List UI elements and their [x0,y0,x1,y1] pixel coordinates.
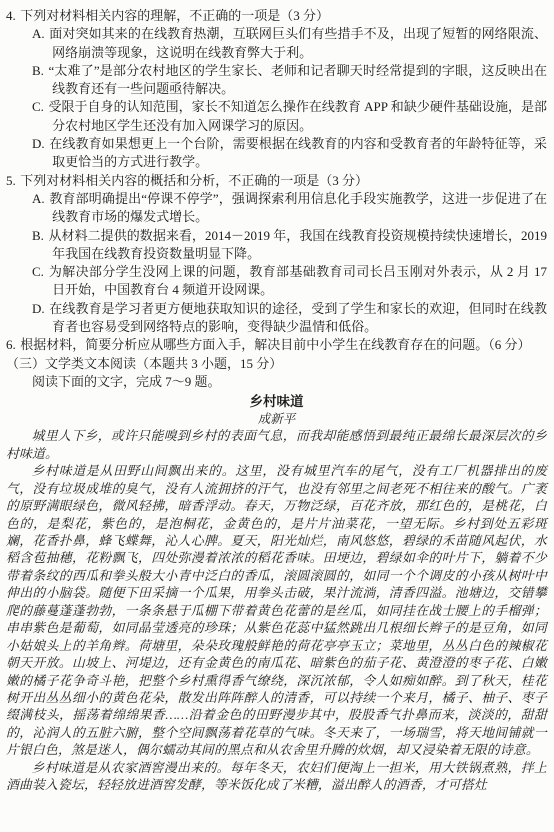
exam-page-scan: 4.下列对材料相关内容的理解，不正确的一项是（3 分） A.面对突如其来的在线教… [0,0,554,832]
option-text-d: 在线教育是学习者更方便地获取知识的途径，受到了学生和家长的欢迎，但同时在线教育者… [49,301,547,334]
reading-instruction: 阅读下面的文字，完成 7～9 题。 [6,373,547,391]
option-label-b: B. [32,228,44,243]
option-label-d: D. [32,136,45,151]
option-label-a: A. [32,191,45,206]
question-4: 4.下列对材料相关内容的理解，不正确的一项是（3 分） A.面对突如其来的在线教… [6,7,547,172]
question-6-number: 6. [6,337,16,352]
question-5-option-d: D.在线教育是学习者更方便地获取知识的途径，受到了学生和家长的欢迎，但同时在线教… [6,300,547,337]
question-5: 5.下列对材料相关内容的概括和分析，不正确的一项是（3 分） A.教育部明确提出… [6,172,547,337]
option-text-a: 面对突如其来的在线教育热潮，互联网巨头们有些措手不及，出现了短暂的网络限流、网络… [49,26,547,59]
passage-author: 成新平 [6,411,547,428]
option-label-c: C. [32,99,44,114]
question-5-option-b: B.从材料二提供的数据来看，2014－2019 年，我国在线教育投资规模持续快速… [6,227,547,264]
question-5-number: 5. [6,173,16,188]
option-text-a: 教育部明确提出“停课不停学”，强调探索利用信息化手段实施教学，这进一步促进了在线… [49,191,547,224]
option-label-b: B. [32,63,44,78]
option-text-d: 在线教育如果想更上一个台阶，需要根据在线教育的内容和受教育者的年龄特征等，采取更… [49,136,547,169]
question-4-option-b: B.“太难了”是部分农村地区的学生家长、老师和记者聊天时经常提到的字眼，这反映出… [6,62,547,99]
question-4-stem-text: 下列对材料相关内容的理解，不正确的一项是（3 分） [20,8,329,23]
option-text-c: 受限于自身的认知范围，家长不知道怎么操作在线教育 APP 和缺少硬件基础设施，是… [48,99,547,132]
passage-paragraph-3: 乡村味道是从农家酒窖漫出来的。每年冬天，农妇们便淘上一担米，用大铁锅煮熟，拌上酒… [6,760,547,795]
question-6-stem-text: 根据材料，简要分析应从哪些方面入手，解决目前中小学生在线教育存在的问题。（6 分… [20,337,530,352]
option-text-c: 为解决部分学生没网上课的问题，教育部基础教育司司长吕玉刚对外表示，从 2 月 1… [48,264,547,297]
option-text-b: 从材料二提供的数据来看，2014－2019 年，我国在线教育投资规模持续快速增长… [48,228,547,261]
question-6-stem: 6.根据材料，简要分析应从哪些方面入手，解决目前中小学生在线教育存在的问题。（6… [6,336,547,354]
question-4-option-d: D.在线教育如果想更上一个台阶，需要根据在线教育的内容和受教育者的年龄特征等，采… [6,135,547,172]
question-4-stem: 4.下列对材料相关内容的理解，不正确的一项是（3 分） [6,7,547,25]
option-text-b: “太难了”是部分农村地区的学生家长、老师和记者聊天时经常提到的字眼，这反映出在线… [48,63,547,96]
passage-title: 乡村味道 [6,392,547,411]
question-4-number: 4. [6,8,16,23]
passage-paragraph-1: 城里人下乡，或许只能嗅到乡村的表面气息，而我却能感悟到最纯正最绵长最深层次的乡村… [6,428,547,463]
question-5-stem-text: 下列对材料相关内容的概括和分析，不正确的一项是（3 分） [20,173,368,188]
option-label-c: C. [32,264,44,279]
option-label-a: A. [32,26,45,41]
question-6: 6.根据材料，简要分析应从哪些方面入手，解决目前中小学生在线教育存在的问题。（6… [6,336,547,354]
question-5-stem: 5.下列对材料相关内容的概括和分析，不正确的一项是（3 分） [6,172,547,190]
question-5-option-c: C.为解决部分学生没网上课的问题，教育部基础教育司司长吕玉刚对外表示，从 2 月… [6,263,547,300]
question-4-option-c: C.受限于自身的认知范围，家长不知道怎么操作在线教育 APP 和缺少硬件基础设施… [6,98,547,135]
question-5-option-a: A.教育部明确提出“停课不停学”，强调探索利用信息化手段实施教学，这进一步促进了… [6,190,547,227]
option-label-d: D. [32,301,45,316]
passage-paragraph-2: 乡村味道是从田野山间飘出来的。这里，没有城里汽车的尾气，没有工厂机器排出的废气，… [6,463,547,760]
section-heading: （三）文学类文本阅读（本题共 3 小题，15 分） [6,355,547,373]
question-4-option-a: A.面对突如其来的在线教育热潮，互联网巨头们有些措手不及，出现了短暂的网络限流、… [6,25,547,62]
